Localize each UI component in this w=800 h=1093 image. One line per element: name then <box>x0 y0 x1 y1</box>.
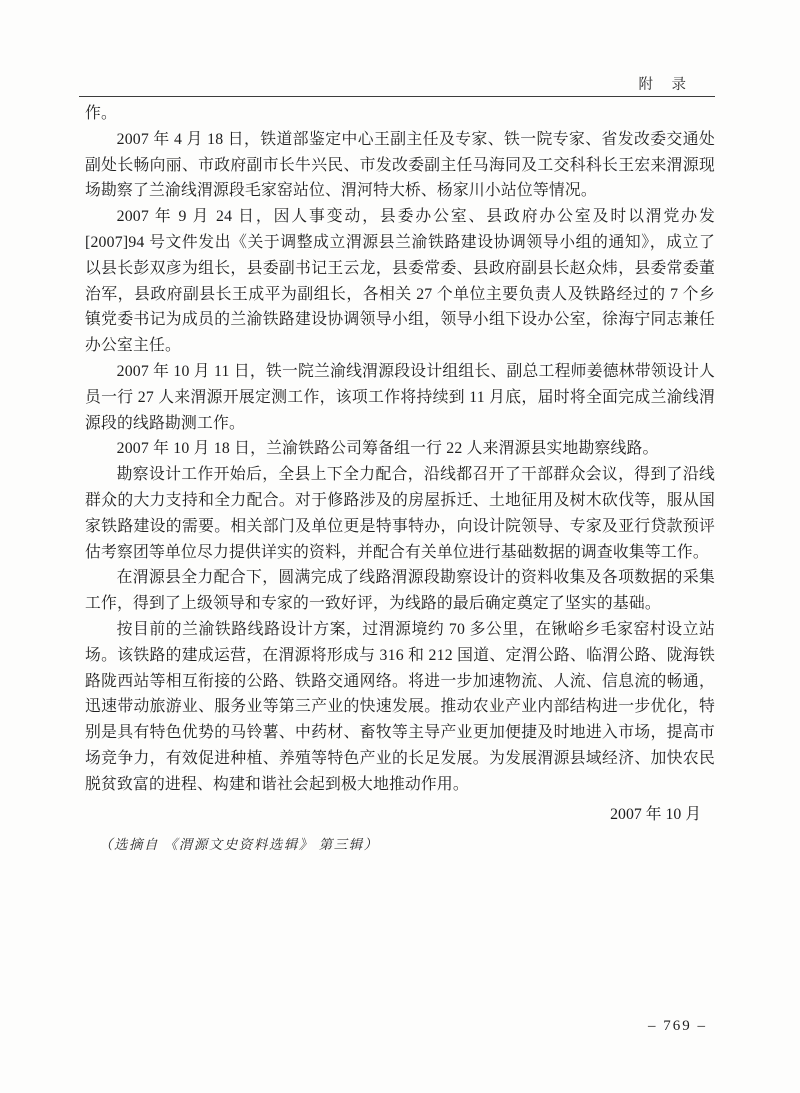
header-rule-divider <box>79 96 715 97</box>
book-page: 附 录 作。 2007 年 4 月 18 日，铁道部鉴定中心王副主任及专家、铁一… <box>0 0 800 1093</box>
document-body: 作。 2007 年 4 月 18 日，铁道部鉴定中心王副主任及专家、铁一院专家、… <box>85 101 715 798</box>
body-paragraph-5: 勘察设计工作开始后，全县上下全力配合，沿线都召开了干部群众会议，得到了沿线群众的… <box>85 462 715 565</box>
body-paragraph-1: 2007 年 4 月 18 日，铁道部鉴定中心王副主任及专家、铁一院专家、省发改… <box>85 127 715 204</box>
running-head: 附 录 <box>80 73 714 94</box>
citation-line: （选摘自 《渭源文史资料选辑》 第三辑） <box>99 833 379 853</box>
page-number: – 769 – <box>648 1018 707 1035</box>
body-paragraph-6: 在渭源县全力配合下，圆满完成了线路渭源段勘察设计的资料收集及各项数据的采集工作，… <box>85 565 715 617</box>
date-line: 2007 年 10 月 <box>85 801 715 824</box>
body-paragraph-4: 2007 年 10 月 18 日，兰渝铁路公司筹备组一行 22 人来渭源县实地勘… <box>85 436 715 462</box>
body-paragraph-2: 2007 年 9 月 24 日，因人事变动，县委办公室、县政府办公室及时以渭党办… <box>85 204 715 359</box>
body-paragraph-7: 按目前的兰渝铁路线路设计方案，过渭源境约 70 多公里，在锹峪乡毛家窑村设立站场… <box>85 617 715 798</box>
body-paragraph-3: 2007 年 10 月 11 日，铁一院兰渝线渭源段设计组组长、副总工程师姜德林… <box>85 359 715 436</box>
body-paragraph-continuation: 作。 <box>85 101 715 127</box>
